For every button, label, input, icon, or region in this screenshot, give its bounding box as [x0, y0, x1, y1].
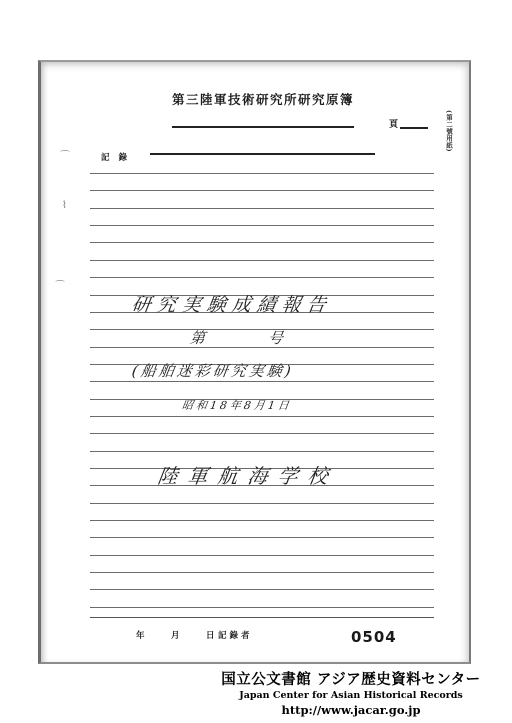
ruled-line [90, 225, 434, 226]
ruled-line [90, 537, 434, 538]
ruled-line [90, 208, 434, 209]
ruled-line [90, 555, 434, 556]
form-note: (第二號用紙) [445, 110, 454, 152]
margin-mark: ⌒ [55, 277, 65, 292]
ruled-line [90, 277, 434, 278]
header-title: 第三陸軍技術研究所研究原簿 [172, 90, 412, 108]
handwritten-number-suffix: 号 [267, 327, 285, 348]
ruled-line [90, 173, 434, 174]
handwritten-date: 昭和18年8月1日 [181, 397, 293, 413]
footer-recorder-label: 記錄者 [218, 629, 253, 641]
ruled-line [90, 260, 434, 261]
archive-name-en: Japan Center for Asian Historical Record… [192, 689, 510, 702]
ruled-line [90, 190, 434, 191]
ruled-line [90, 381, 434, 382]
handwritten-institution: 陸軍航海学校 [156, 460, 340, 489]
title-underline [172, 126, 354, 128]
ruled-line [90, 347, 434, 348]
footer-year-label: 年 [136, 629, 145, 641]
ruled-line [90, 242, 434, 243]
archive-name-jp: 国立公文書館 アジア歴史資料センター [192, 672, 510, 689]
ruled-line [90, 503, 434, 504]
archive-stamp: 国立公文書館 アジア歴史資料センター Japan Center for Asia… [192, 672, 510, 718]
ruled-line [90, 607, 434, 608]
page-label: 頁 [389, 117, 398, 130]
document-number: 0504 [351, 628, 397, 646]
footer-day-label: 日 [206, 629, 215, 641]
handwritten-report-title: 研究実験成績報告 [130, 290, 334, 317]
page-number-underline [400, 127, 428, 129]
ruled-line [90, 572, 434, 573]
record-label: 記 錄 [101, 151, 130, 163]
ruled-line [90, 589, 434, 590]
ruled-line [90, 329, 434, 330]
ruled-line [90, 416, 434, 417]
footer-rule [90, 617, 434, 618]
handwritten-number-prefix: 第 [189, 327, 207, 348]
footer-month-label: 月 [171, 629, 180, 641]
margin-mark: ⌇ [62, 200, 67, 211]
handwritten-subject: (船舶迷彩研究実験) [131, 360, 296, 381]
ruled-line [90, 451, 434, 452]
record-underline [150, 153, 375, 155]
archive-url[interactable]: http://www.jacar.go.jp [192, 702, 510, 718]
ruled-line [90, 433, 434, 434]
margin-mark: ⌒ [60, 147, 70, 162]
ruled-line [90, 520, 434, 521]
